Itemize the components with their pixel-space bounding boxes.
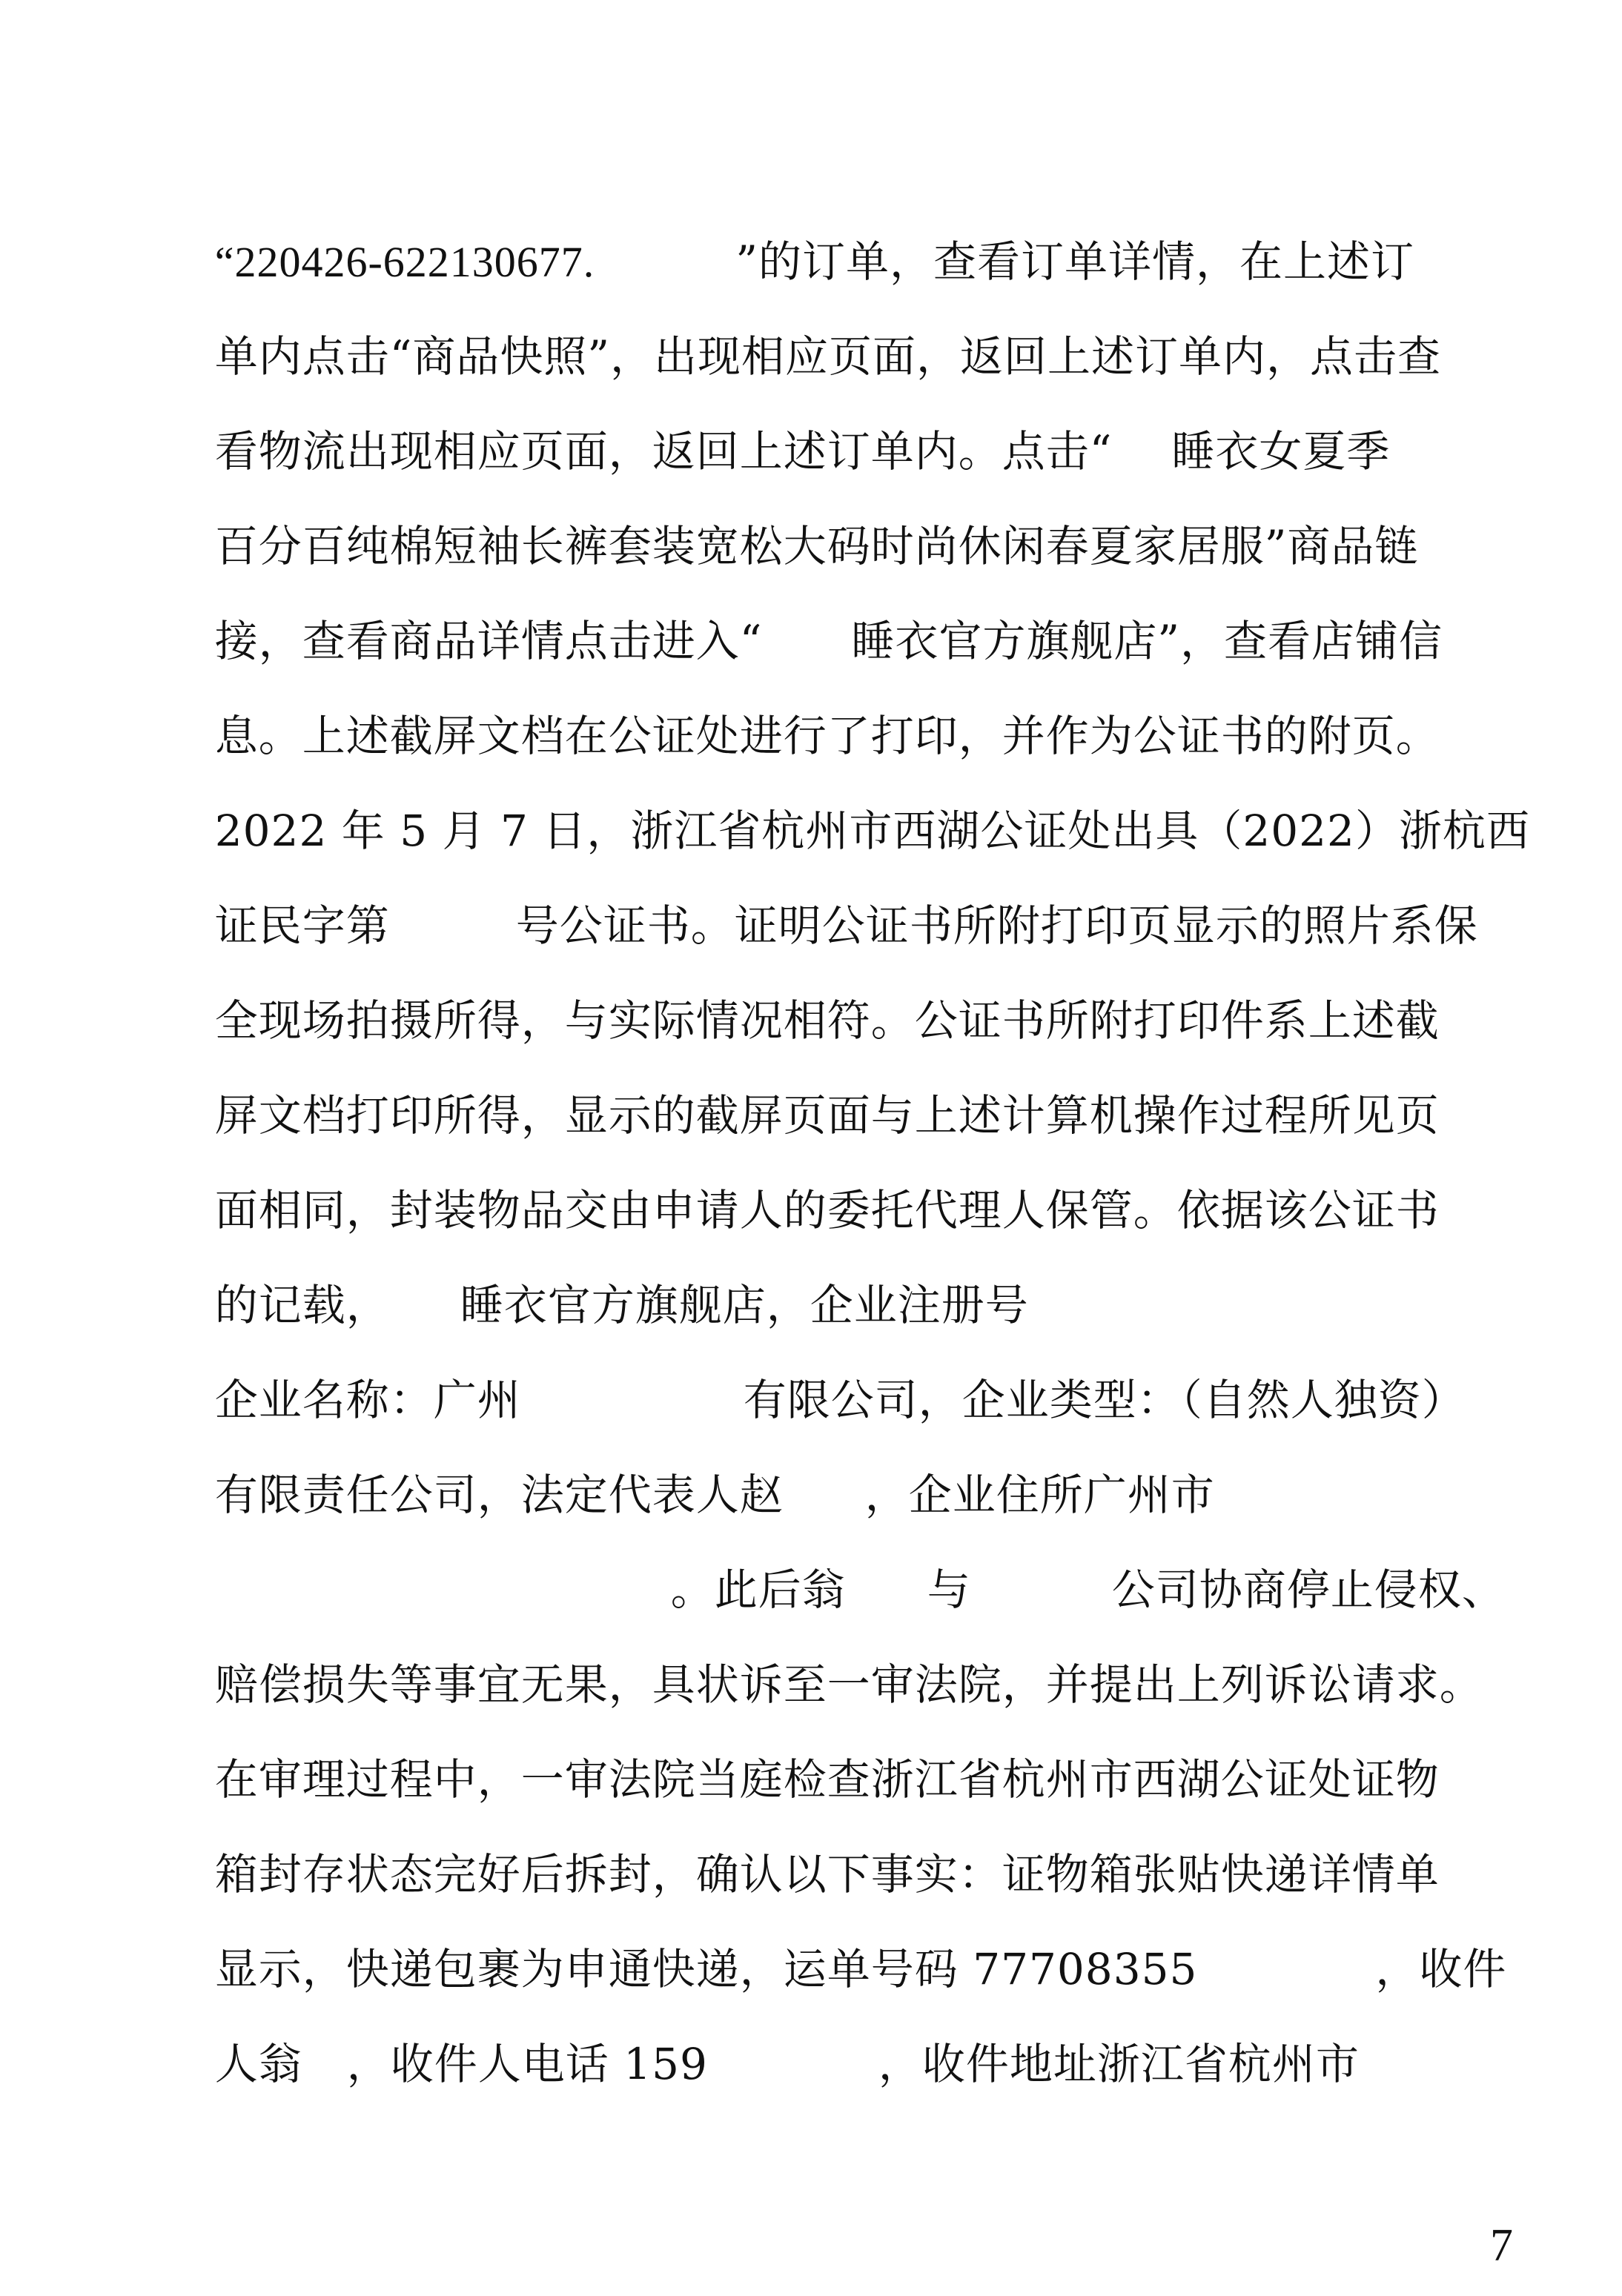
text-line-1: “220426-622130677.”的订单，查看订单详情，在上述订 [157,162,1514,228]
text-line-9: 全现场拍摄所得，与实际情况相符。公证书所附打印件系上述截 [157,920,1514,987]
text-line-20: 人翁，收件人电话 159，收件地址浙江省杭州市 [157,1964,1514,2031]
text-line-5: 接，查看商品详情点击进入“睡衣官方旗舰店”，查看店铺信 [157,541,1514,608]
text-line-4: 百分百纯棉短袖长裤套装宽松大码时尚休闲春夏家居服”商品链 [157,446,1514,513]
document-page: “220426-622130677.”的订单，查看订单详情，在上述订 单内点击“… [0,0,1622,2296]
text-line-2: 单内点击“商品快照”，出现相应页面，返回上述订单内，点击查 [157,256,1514,323]
text-line-18: 箱封存状态完好后拆封，确认以下事实：证物箱张贴快递详情单 [157,1774,1514,1841]
text-line-13: 企业名称：广州有限公司，企业类型：（自然人独资） [157,1300,1514,1367]
text-line-11: 面相同，封装物品交由申请人的委托代理人保管。依据该公证书 [157,1110,1514,1177]
text-line-10: 屏文档打印所得，显示的截屏页面与上述计算机操作过程所见页 [157,1015,1514,1082]
text-line-6: 息。上述截屏文档在公证处进行了打印，并作为公证书的附页。 [157,636,1514,703]
text-line-19: 显示，快递包裹为申通快递，运单号码 77708355，收件 [157,1869,1514,1936]
text-line-16: 赔偿损失等事宜无果，具状诉至一审法院，并提出上列诉讼请求。 [157,1585,1514,1651]
recipient-text: 人翁 [215,2031,302,2097]
text-line-12: 的记载，睡衣官方旗舰店，企业注册号 [157,1205,1514,1272]
page-number: 7 [1490,2220,1513,2272]
text-line-17: 在审理过程中，一审法院当庭检查浙江省杭州市西湖公证处证物 [157,1679,1514,1746]
text-line-15: 。此后翁与公司协商停止侵权、 [157,1490,1514,1556]
recipient-phone-text: ，收件人电话 159 [347,2031,708,2097]
text-line-8: 证民字第号公证书。证明公证书所附打印页显示的照片系保 [157,826,1514,892]
text-line-7: 2022 年 5 月 7 日，浙江省杭州市西湖公证处出具（2022）浙杭西 [157,731,1514,797]
text-line-14: 有限责任公司，法定代表人赵，企业住所广州市 [157,1395,1514,1461]
text-line-3: 看物流出现相应页面，返回上述订单内。点击“睡衣女夏季 [157,351,1514,418]
recipient-address-text: ，收件地址浙江省杭州市 [878,2031,1360,2097]
